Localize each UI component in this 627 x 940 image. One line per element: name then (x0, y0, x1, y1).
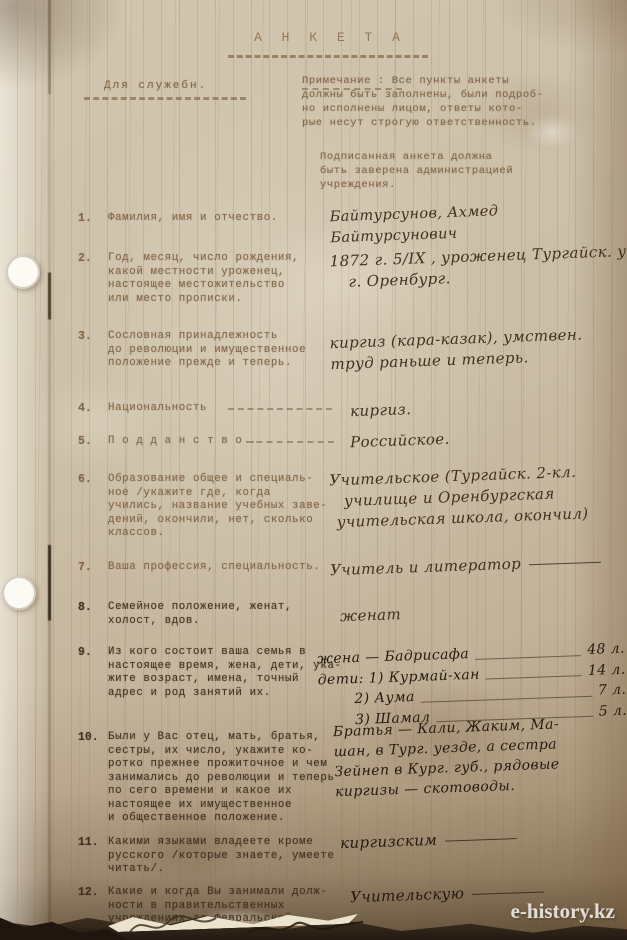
note-underline (302, 88, 402, 90)
dashed-leader-line (246, 441, 334, 443)
question-line: Семейное положение, женат, (108, 601, 346, 615)
pen-leader-line (475, 655, 581, 660)
item-number: 3. (78, 330, 92, 343)
form-item-5: 5. П о д д а н с т в о . Российское. (78, 435, 623, 449)
hole-punch (6, 255, 40, 289)
answer-line: киргиз. (350, 391, 627, 422)
question-line: или место прописки. (108, 293, 346, 307)
question-text: Фамилия, имя и отчество. (108, 212, 346, 226)
form-item-7: 7. Ваша профессия, специальность. Учител… (78, 561, 623, 575)
note-line: Подписанная анкета должна (320, 150, 580, 164)
note-line: должны быть заполнены, были подроб- (302, 88, 577, 102)
watermark-text: e-history.kz (511, 899, 615, 924)
question-line: до революции и имущественное (108, 344, 346, 358)
form-item-10: 10. Были у Вас отец, мать, братья, сестр… (78, 731, 623, 826)
answer-line: Учитель и литератор (330, 550, 627, 581)
form-item-11: 11. Какими языками владеете кроме русско… (78, 836, 623, 877)
item-number: 4. (78, 402, 92, 415)
item-number: 6. (78, 473, 92, 486)
item-number: 8. (78, 601, 92, 614)
dashed-leader-line (228, 408, 332, 410)
question-text: Ваша профессия, специальность. (108, 561, 346, 575)
item-number: 9. (78, 646, 92, 659)
question-text: Сословная принадлежность до революции и … (108, 330, 346, 371)
question-line: Год, месяц, число рождения, (108, 252, 346, 266)
question-line: Ваша профессия, специальность. (108, 561, 346, 575)
handwritten-answer: Братья — Кали, Жаким, Ма- шан, в Тург. у… (333, 712, 627, 802)
question-line: настоящее их имущественное (108, 799, 346, 813)
question-line: классов. (108, 527, 346, 541)
question-line: занимались до революции и теперь (108, 772, 346, 786)
vertical-fold-crease (48, 0, 51, 940)
item-number: 5. (78, 435, 92, 448)
form-item-8: 8. Семейное положение, женат, холост, вд… (78, 601, 623, 628)
question-text: Были у Вас отец, мать, братья, сестры, и… (108, 731, 346, 826)
question-line: настоящее местожительство (108, 279, 346, 293)
family-age: 48 л. (587, 639, 625, 661)
question-text: Из кого состоит ваша семья в настоящее в… (108, 646, 346, 700)
question-line: Образование общее и специаль- (108, 473, 346, 487)
question-line: положение прежде и теперь. (108, 357, 346, 371)
question-line: настоящее время, жена, дети, ука- (108, 660, 346, 674)
question-line: Сословная принадлежность (108, 330, 346, 344)
note-line: Примечание : Все пункты анкеты (302, 74, 577, 88)
question-line: Какие и когда Вы занимали долж- (108, 886, 346, 900)
question-line: русского /которые знаете, умеете (108, 850, 346, 864)
ink-scribble (128, 912, 218, 938)
question-line: холост, вдов. (108, 615, 346, 629)
note-line: учреждения. (320, 178, 580, 192)
question-line: ности в правительственных (108, 900, 346, 914)
question-text: Образование общее и специаль- ное /укажи… (108, 473, 346, 541)
form-item-3: 3. Сословная принадлежность до революции… (78, 330, 623, 371)
handwritten-answer: киргиз. (350, 391, 627, 422)
family-age: 7 л. (598, 680, 627, 701)
handwritten-answer: киргиз (кара-казак), умствен. труд раньш… (329, 323, 627, 375)
item-number: 11. (78, 836, 99, 849)
for-office-label: Для служебн. (104, 80, 207, 92)
form-item-1: 1. Фамилия, имя и отчество. Байтурсунов,… (78, 212, 623, 226)
pen-leader-line (486, 675, 582, 679)
form-item-9: 9. Из кого состоит ваша семья в настояще… (78, 646, 623, 700)
answer-line: Байтурсунов, Ахмед Байтурсунович (329, 197, 627, 249)
item-number: 7. (78, 561, 92, 574)
item-number: 1. (78, 212, 92, 225)
question-line: по сего времени и какое их (108, 785, 346, 799)
family-age: 14 л. (588, 659, 626, 681)
handwritten-answer: женат (340, 596, 627, 627)
question-line: Фамилия, имя и отчество. (108, 212, 346, 226)
question-line: читать/. (108, 863, 346, 877)
form-item-6: 6. Образование общее и специаль- ное /ук… (78, 473, 623, 541)
family-member: 2) Аума (354, 687, 415, 710)
question-line: ротко прежнее прожиточное и чем (108, 758, 346, 772)
scanned-document-page: А Н К Е Т А Для служебн. Примечание : Вс… (0, 0, 627, 940)
question-line: адрес и род занятий их. (108, 687, 346, 701)
handwritten-answer: 1872 г. 5/IX , уроженец Тургайск. у., г.… (329, 241, 627, 294)
note-paragraph-2: Подписанная анкета должна быть заверена … (320, 150, 580, 192)
handwritten-answer: Учительское (Тургайск. 2-кл. училище и О… (329, 460, 627, 534)
handwritten-answer: Байтурсунов, Ахмед Байтурсунович (329, 197, 627, 249)
ink-scribble (245, 916, 365, 940)
note-line: рые несут строгую ответственность. (302, 116, 577, 130)
answer-line: женат (340, 596, 627, 627)
form-item-2: 2. Год, месяц, число рождения, какой мес… (78, 252, 623, 306)
question-line: Какими языками владеете кроме (108, 836, 346, 850)
document-title: А Н К Е Т А (228, 30, 432, 45)
question-text: Год, месяц, число рождения, какой местно… (108, 252, 346, 306)
question-line: дений, окончили, нет, сколько (108, 514, 346, 528)
item-number: 12. (78, 886, 99, 899)
form-item-4: 4. Национальность киргиз. (78, 402, 623, 416)
question-line: жите возраст, имена, точный (108, 673, 346, 687)
question-line: и общественное положение. (108, 812, 346, 826)
left-label-underline (84, 97, 246, 100)
item-number: 10. (78, 731, 99, 744)
note-line: но исполнены лицом, ответы кото- (302, 102, 577, 116)
note-line: быть заверена администрацией (320, 164, 580, 178)
question-line: сестры, их число, укажите ко- (108, 745, 346, 759)
handwritten-answer: Учитель и литератор (330, 550, 627, 581)
title-underline (228, 55, 428, 58)
question-line: Были у Вас отец, мать, братья, (108, 731, 346, 745)
item-number: 2. (78, 252, 92, 265)
question-line: Из кого состоит ваша семья в (108, 646, 346, 660)
question-line: ное /укажите где, когда (108, 487, 346, 501)
question-line: какой местности уроженец, (108, 266, 346, 280)
answer-line: Российское. (350, 422, 627, 453)
question-text: Какими языками владеете кроме русского /… (108, 836, 346, 877)
note-paragraph-1: Примечание : Все пункты анкеты должны бы… (302, 74, 577, 130)
question-line: учились, название учебных заве- (108, 500, 346, 514)
handwritten-answer: Российское. (350, 422, 627, 453)
handwritten-answer: киргизским (340, 823, 627, 854)
hole-punch (2, 576, 36, 610)
answer-line: киргизским (340, 823, 627, 854)
question-text: Семейное положение, женат, холост, вдов. (108, 601, 346, 628)
